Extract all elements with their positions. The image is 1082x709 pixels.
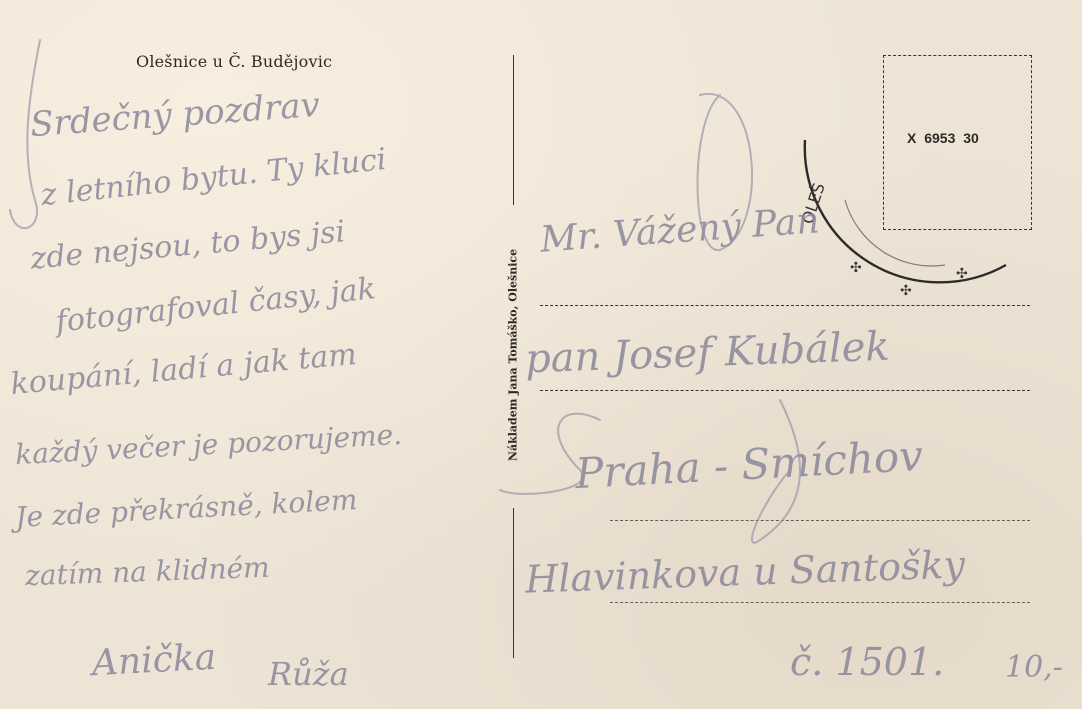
address-name: pan Josef Kubálek	[524, 324, 890, 383]
svg-text:✣: ✣	[900, 284, 912, 299]
postcard-back: Olešnice u Č. Budějovic Nákladem Jana To…	[0, 0, 1082, 709]
handwritten-line: Je zde překrásně, kolem	[14, 483, 358, 534]
signature: Anička	[91, 637, 217, 684]
handwritten-line: zde nejsou, to bys jsi	[29, 214, 346, 276]
handwritten-line: zatím na klidném	[24, 551, 270, 593]
address-line-2	[540, 390, 1030, 391]
address-street: Hlavinkova u Santošky	[524, 542, 965, 601]
center-divider-top	[513, 55, 514, 205]
svg-text:✣: ✣	[956, 267, 968, 282]
address-line-4	[610, 602, 1030, 603]
handwritten-line: z letního bytu. Ty kluci	[39, 142, 388, 213]
price-note: 10,-	[1005, 650, 1063, 685]
address-line-3	[610, 520, 1030, 521]
address-city: Praha - Smíchov	[574, 431, 924, 498]
signature: Růža	[268, 655, 349, 693]
handwritten-line: Srdečný pozdrav	[29, 85, 321, 145]
handwritten-line: koupání, ladí a jak tam	[9, 337, 358, 402]
handwritten-line: každý večer je pozorujeme.	[14, 418, 402, 471]
svg-text:✣: ✣	[850, 261, 862, 276]
printed-title: Olešnice u Č. Budějovic	[136, 52, 332, 71]
handwritten-line: fotografoval časy, jak	[54, 271, 377, 339]
center-divider-bottom	[513, 508, 514, 658]
publisher-imprint: Nákladem Jana Tomáško, Olešnice	[507, 249, 520, 461]
address-line-1	[540, 305, 1030, 306]
address-number: č. 1501.	[790, 640, 944, 684]
